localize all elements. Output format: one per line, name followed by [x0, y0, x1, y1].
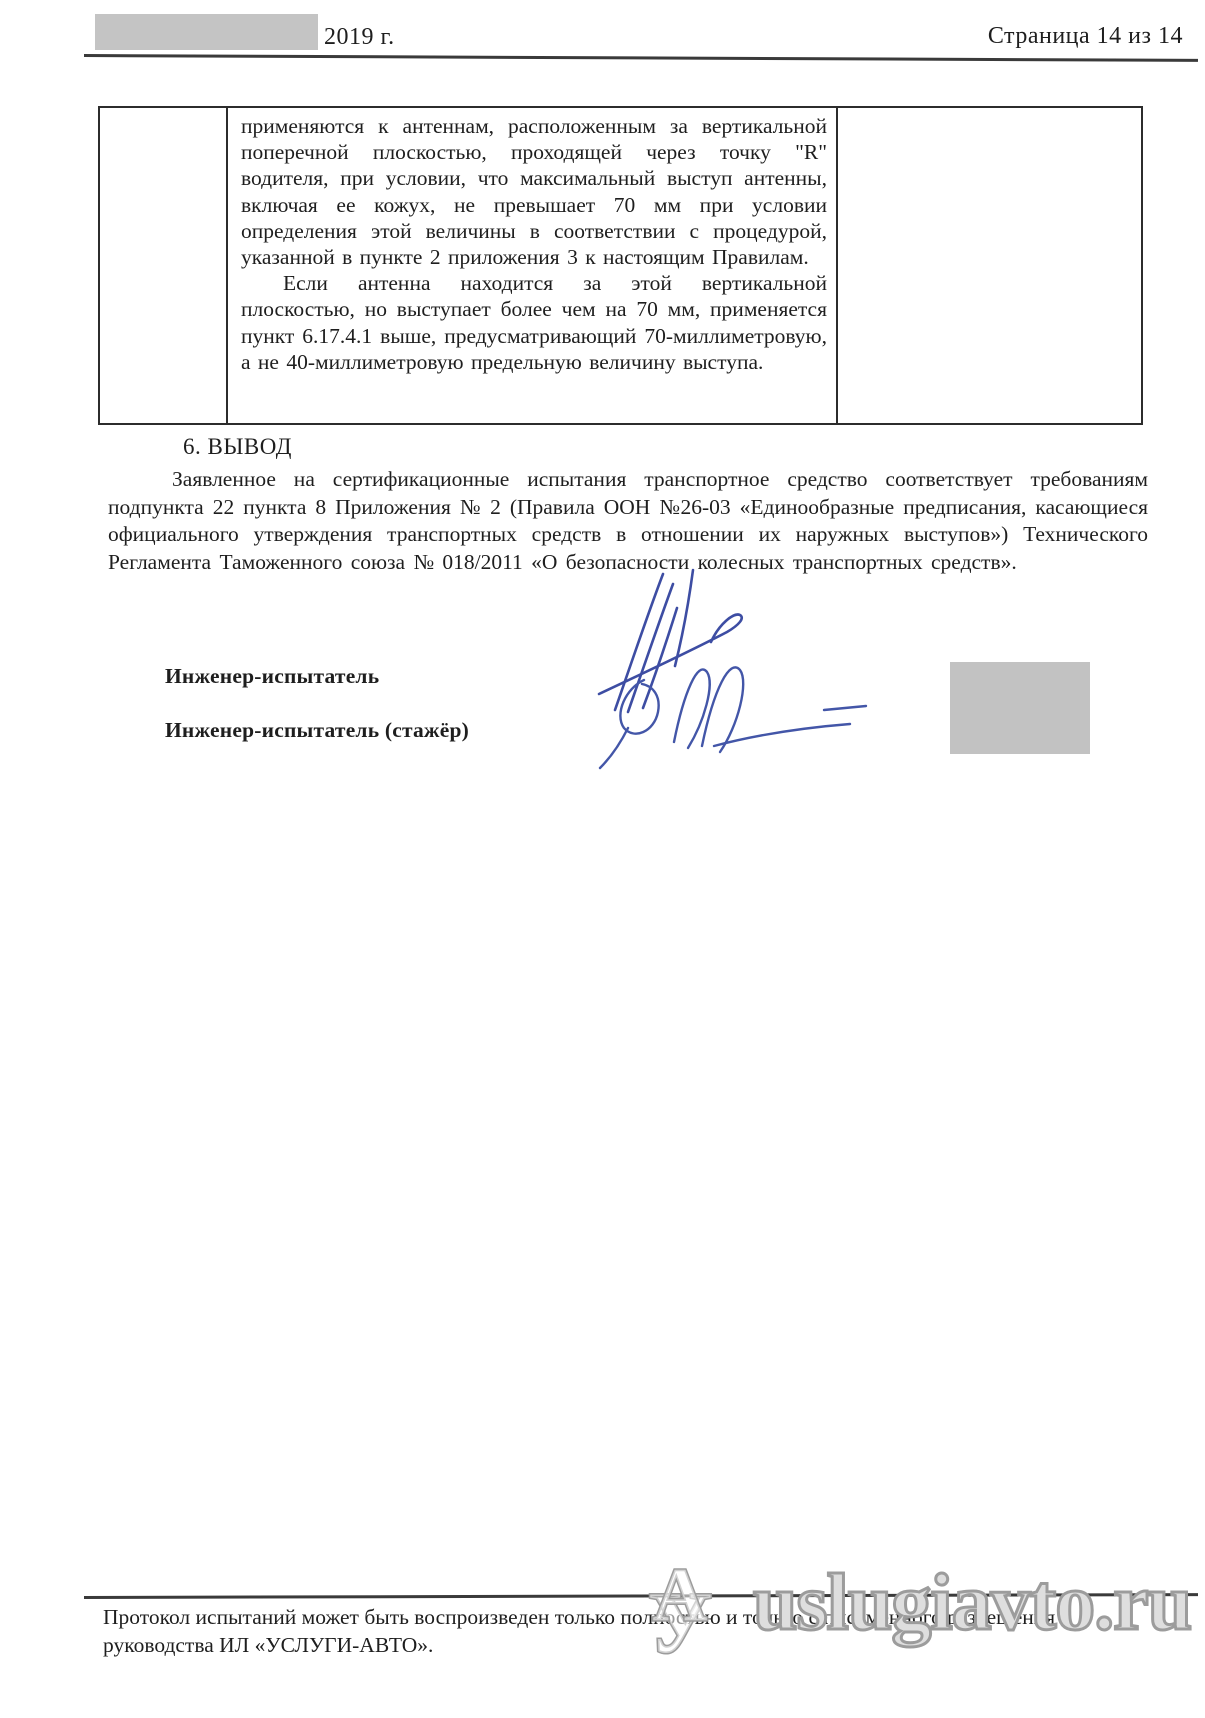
header-year: 2019 г. — [324, 24, 395, 51]
conclusion-paragraph: Заявленное на сертификационные испытания… — [108, 466, 1148, 576]
table-cell-empty-left — [100, 108, 228, 423]
requirements-table: применяются к антеннам, расположенным за… — [98, 106, 1143, 425]
logo-letter-a: А — [653, 1556, 708, 1637]
requirement-paragraph-2: Если антенна находится за этой вертикаль… — [241, 270, 827, 375]
table-cell-requirement-text: применяются к антеннам, расположенным за… — [228, 108, 838, 423]
signature-redaction-box — [950, 662, 1090, 754]
engineer-role-label: Инженер-испытатель — [165, 664, 379, 689]
header-redaction-box — [95, 14, 318, 50]
trainee-role-label: Инженер-испытатель (стажёр) — [165, 718, 469, 743]
watermark-site-text: uslugiavto.ru — [753, 1558, 1191, 1649]
header-page-number: Страница 14 из 14 — [943, 23, 1183, 50]
table-cell-empty-right — [838, 108, 1141, 423]
uslugiavto-logo-icon: У А — [615, 1556, 745, 1706]
document-page: 2019 г. Страница 14 из 14 применяются к … — [0, 0, 1205, 1718]
conclusion-heading: 6. ВЫВОД — [183, 434, 292, 460]
header-rule — [84, 54, 1198, 62]
trainee-signature — [598, 632, 878, 772]
requirement-paragraph-1: применяются к антеннам, расположенным за… — [241, 113, 827, 270]
